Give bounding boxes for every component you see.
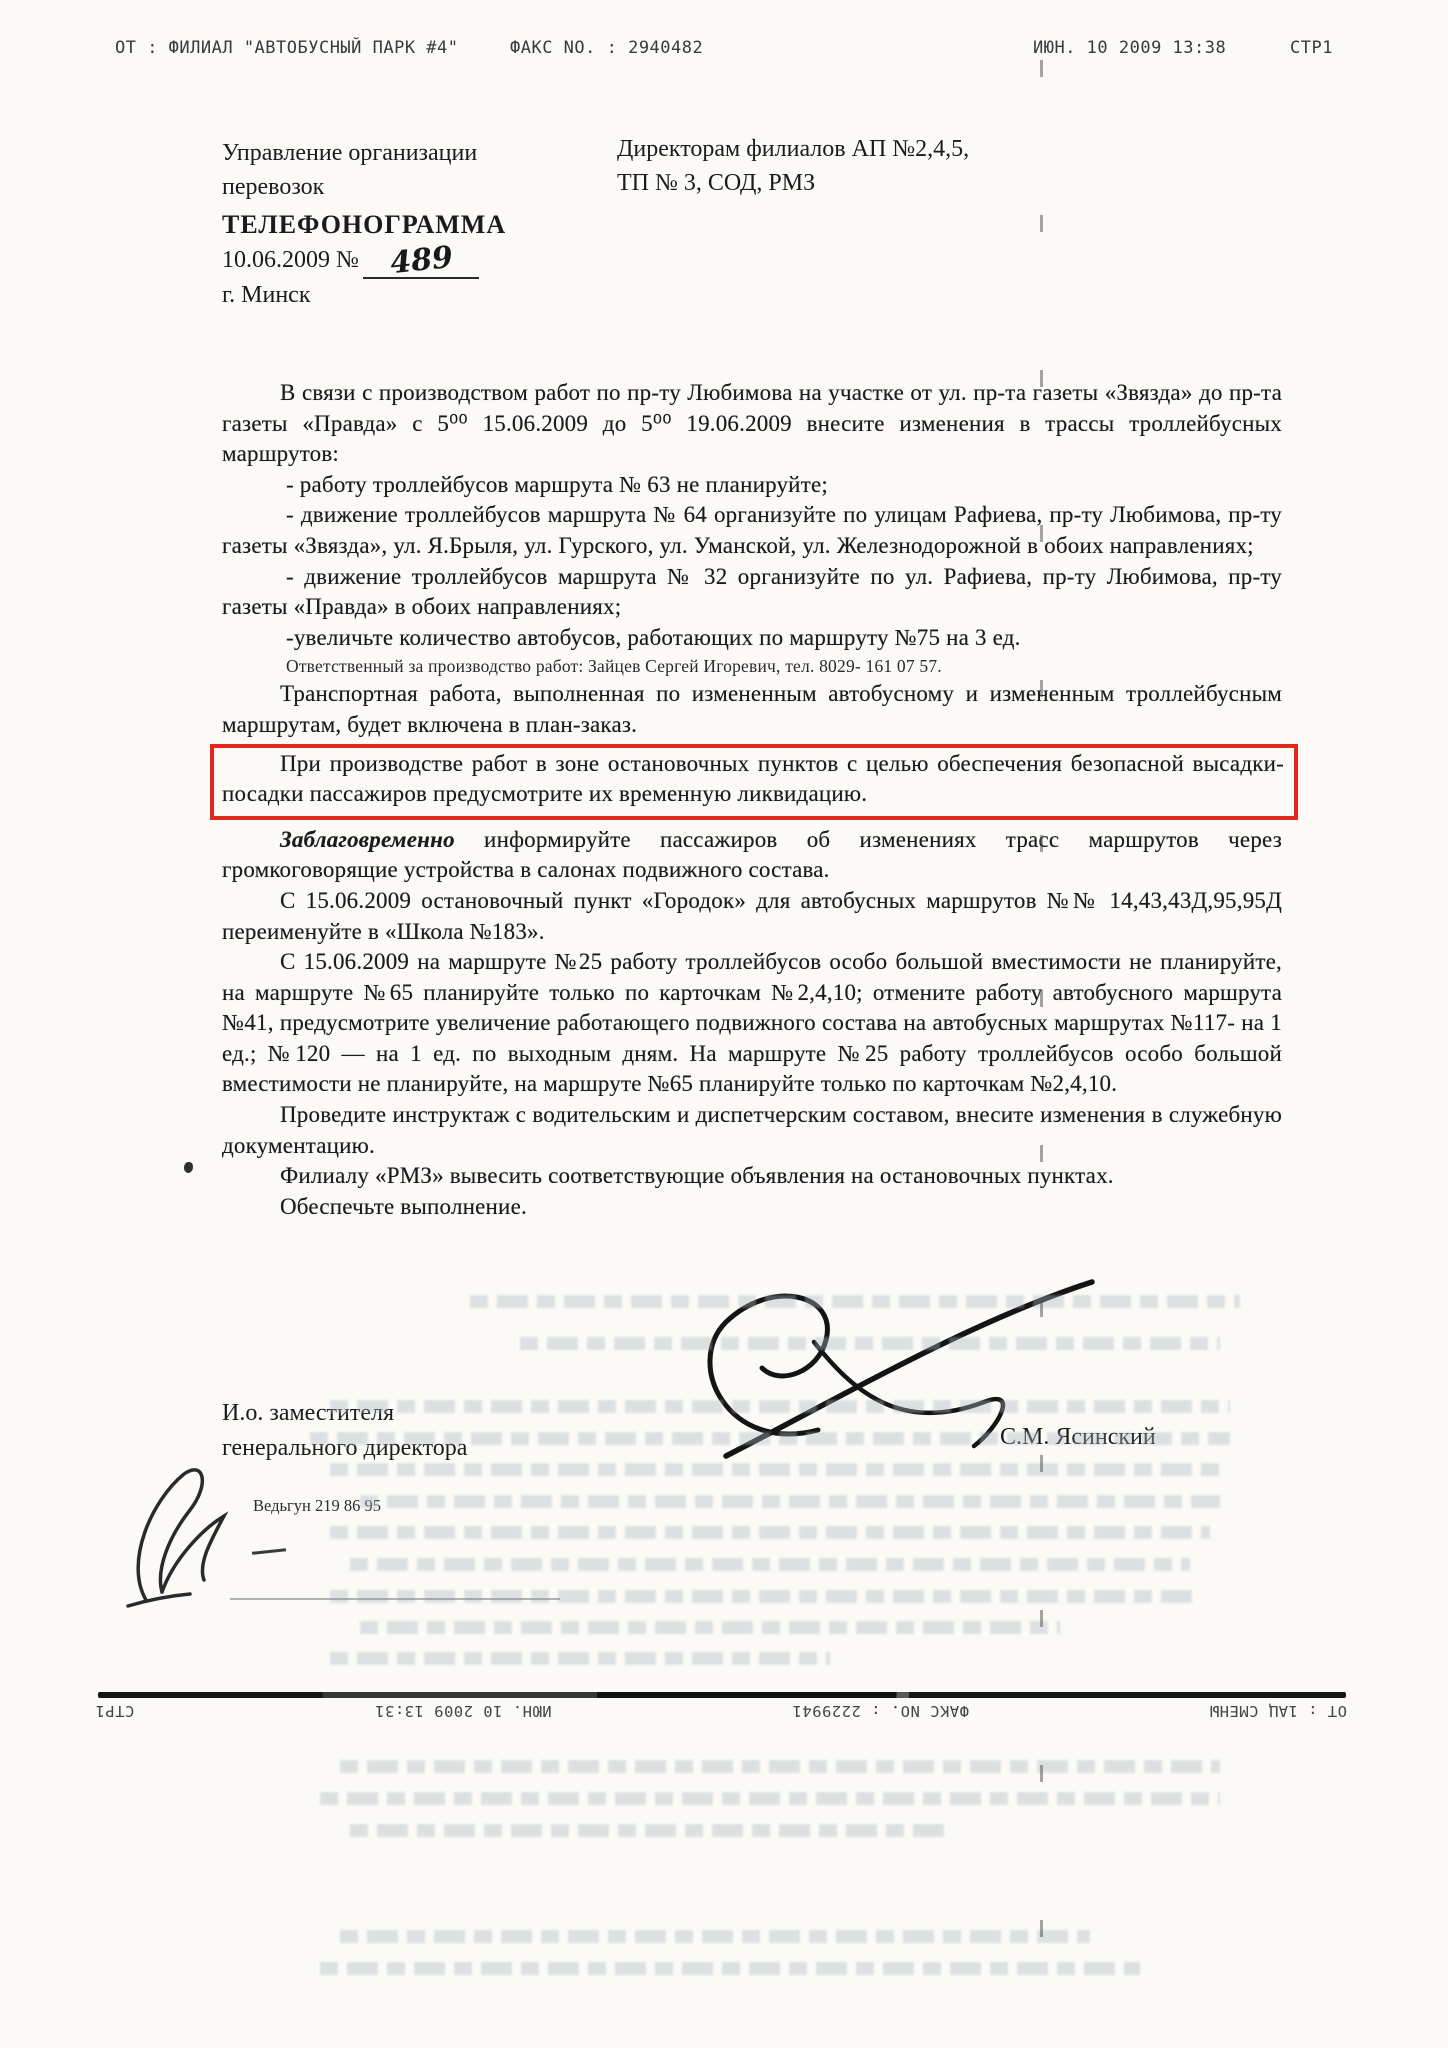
bleedthrough-artifact — [330, 1463, 1220, 1476]
fax-footer-datetime: ИЮН. 10 2009 13:31 — [375, 1702, 552, 1720]
recipient-line2: ТП № 3, СОД, РМЗ — [617, 166, 1097, 200]
bleedthrough-artifact — [330, 1400, 1230, 1413]
fax-header-from: ОТ : ФИЛИАЛ "АВТОБУСНЫЙ ПАРК #4" — [115, 38, 459, 58]
city-line: г. Минск — [222, 279, 506, 312]
bleedthrough-artifact — [350, 1824, 950, 1837]
fax-header-number: ФАКС NO. : 2940482 — [510, 38, 703, 58]
paragraph-highlighted: При производстве работ в зоне остановочн… — [222, 749, 1284, 810]
handwritten-doc-number: 489 — [388, 241, 454, 280]
footer-scan-bar — [98, 1692, 1346, 1698]
fax-footer-from: ОТ : 1АЦ СМЕНЫ — [1209, 1702, 1347, 1720]
number-underline: 489 — [363, 241, 479, 279]
bleedthrough-artifact — [340, 1930, 1090, 1943]
fax-header-datetime: ИЮН. 10 2009 13:38 — [1033, 38, 1226, 58]
bleedthrough-artifact — [470, 1295, 1240, 1308]
bleedthrough-artifact — [330, 1652, 830, 1665]
bleedthrough-artifact — [360, 1495, 1220, 1508]
ink-dot-artifact — [184, 1162, 193, 1173]
sender-line2: перевозок — [222, 170, 562, 204]
document-body: В связи с производством работ по пр-ту Л… — [222, 378, 1282, 1222]
paragraph-plan-zakaz: Транспортная работа, выполненная по изме… — [222, 679, 1282, 740]
paragraph-instruktazh: Проведите инструктаж с водительским и ди… — [222, 1100, 1282, 1161]
bleedthrough-artifact — [320, 1962, 1140, 1975]
paragraph-stop-rename: С 15.06.2009 остановочный пункт «Городок… — [222, 886, 1282, 947]
bleedthrough-artifact — [520, 1337, 1220, 1350]
sender-block: Управление организации перевозок — [222, 136, 562, 204]
paragraph-rmz: Филиалу «РМЗ» вывесить соответствующие о… — [222, 1161, 1282, 1192]
document-title-block: ТЕЛЕФОНОГРАММА 10.06.2009 №489 г. Минск — [222, 208, 506, 312]
sender-line1: Управление организации — [222, 136, 562, 170]
bleedthrough-artifact — [330, 1590, 1200, 1603]
paragraph-route75: -увеличьте количество автобусов, работаю… — [222, 623, 1282, 654]
handwritten-scribble — [112, 1458, 262, 1608]
paragraph-route64: - движение троллейбусов маршрута № 64 ор… — [222, 500, 1282, 561]
scanned-fax-document: ОТ : ФИЛИАЛ "АВТОБУСНЫЙ ПАРК #4" ФАКС NO… — [0, 0, 1448, 2048]
paragraph-route-changes: С 15.06.2009 на маршруте №25 работу трол… — [222, 947, 1282, 1100]
bleedthrough-artifact — [360, 1621, 1060, 1634]
bold-italic-lead: Заблаговременно — [280, 827, 455, 852]
red-highlight-box: При производстве работ в зоне остановочн… — [210, 744, 1298, 820]
paragraph-inform-passengers: Заблаговременно информируйте пассажиров … — [222, 825, 1282, 886]
fax-footer-upside-down: ОТ : 1АЦ СМЕНЫ ФАКС NO. : 2229941 ИЮН. 1… — [95, 1702, 1347, 1720]
bleedthrough-artifact — [340, 1760, 1220, 1773]
fax-header: ОТ : ФИЛИАЛ "АВТОБУСНЫЙ ПАРК #4" ФАКС NO… — [0, 38, 1448, 64]
paragraph-route63: - работу троллейбусов маршрута № 63 не п… — [222, 470, 1282, 501]
scan-line-artifact — [230, 1598, 560, 1600]
recipient-block: Директорам филиалов АП №2,4,5, ТП № 3, С… — [617, 132, 1097, 200]
bleedthrough-artifact — [330, 1526, 1210, 1539]
date-number-line: 10.06.2009 №489 — [222, 241, 506, 279]
date-number-prefix: 10.06.2009 № — [222, 247, 359, 273]
paragraph-intro: В связи с производством работ по пр-ту Л… — [222, 378, 1282, 470]
responsible-person-note: Ответственный за производство работ: Зай… — [222, 653, 1282, 679]
bleedthrough-artifact — [310, 1432, 1230, 1445]
fax-footer-page: СТР1 — [95, 1702, 134, 1720]
paragraph-route32: - движение троллейбусов маршрута № 32 ор… — [222, 562, 1282, 623]
recipient-line1: Директорам филиалов АП №2,4,5, — [617, 132, 1097, 166]
fax-edge-dash-artifact — [1040, 60, 1043, 1990]
bleedthrough-artifact — [320, 1792, 1220, 1805]
fax-header-page: СТР1 — [1290, 38, 1333, 58]
bleedthrough-artifact — [350, 1558, 1190, 1571]
fax-footer-number: ФАКС NO. : 2229941 — [792, 1702, 969, 1720]
document-title: ТЕЛЕФОНОГРАММА — [222, 208, 506, 241]
paragraph-ensure: Обеспечьте выполнение. — [222, 1192, 1282, 1223]
